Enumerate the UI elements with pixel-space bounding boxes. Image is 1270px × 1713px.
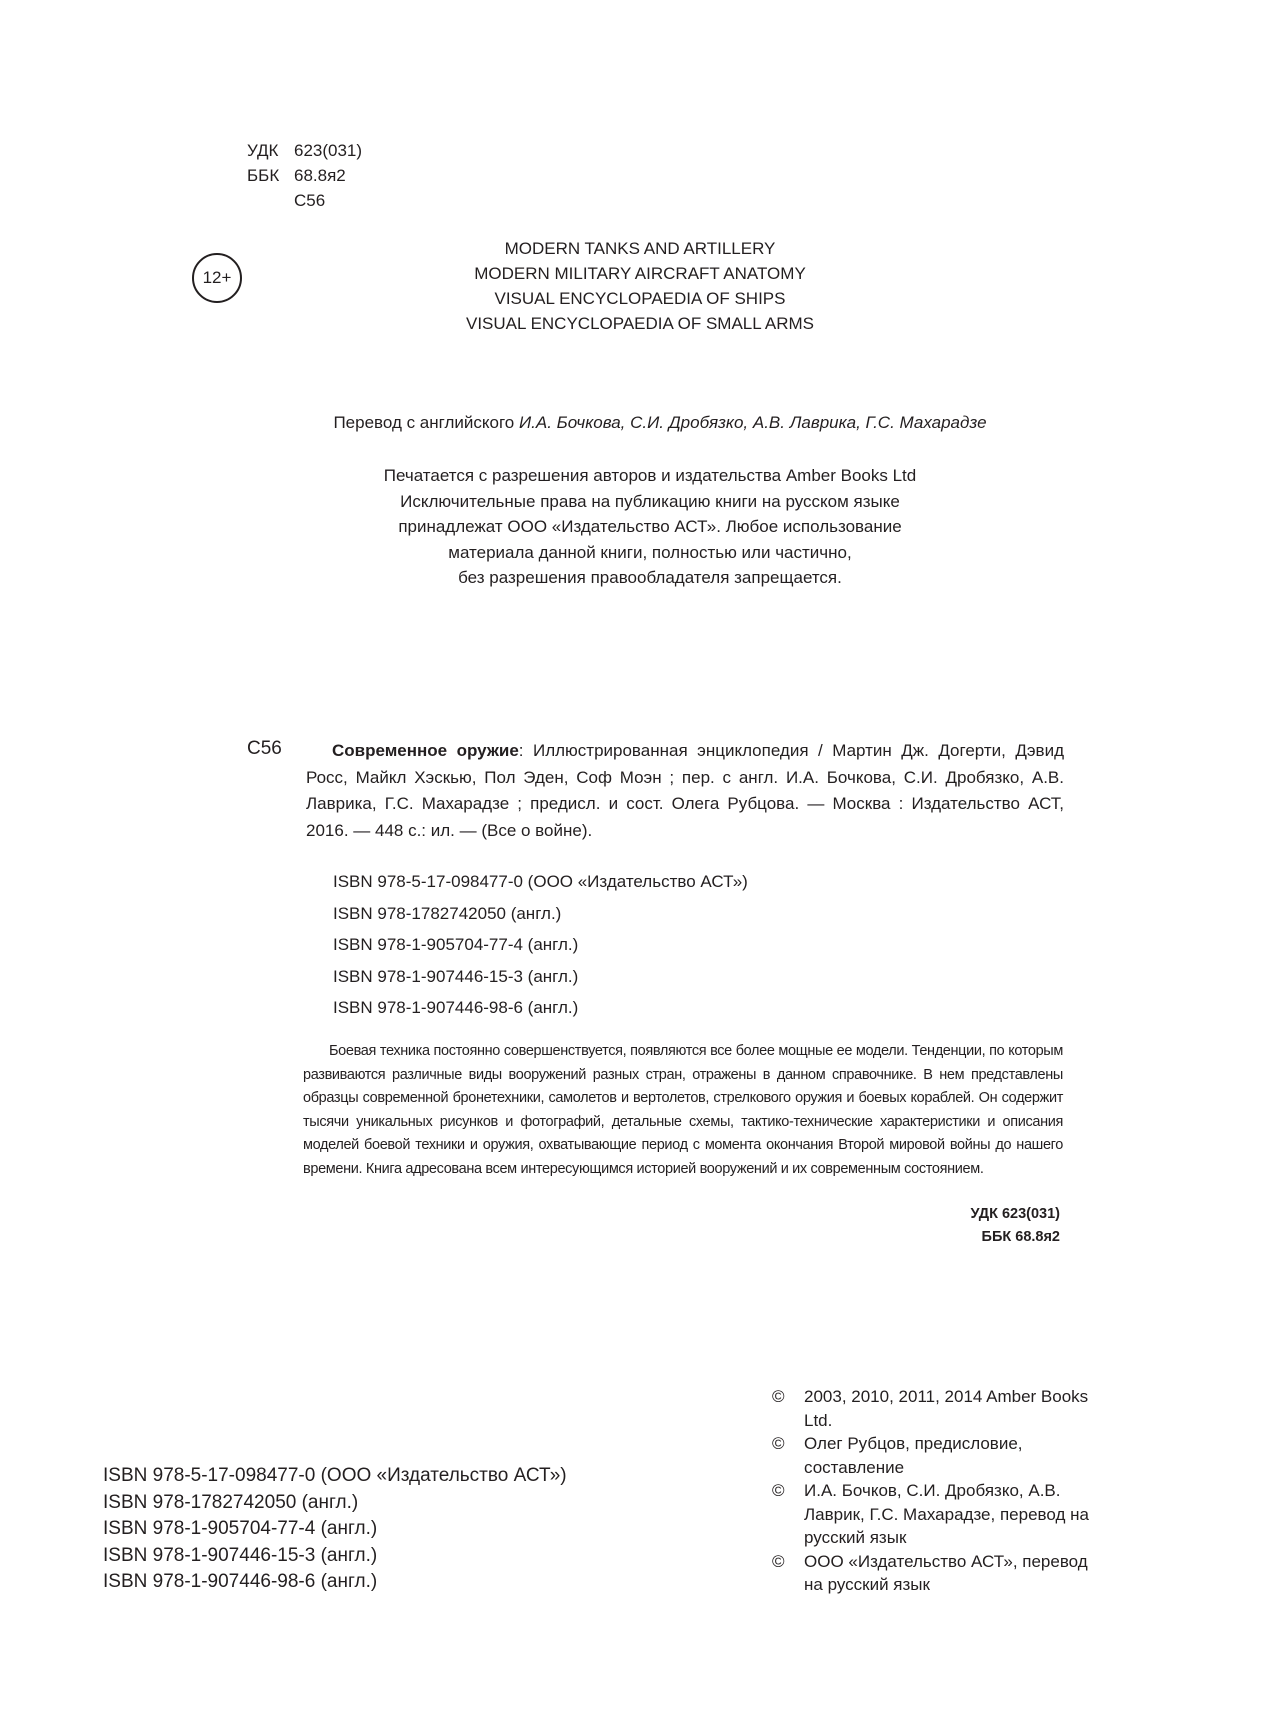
bbk-label: ББК — [247, 163, 294, 188]
author-sign: С56 — [294, 188, 325, 213]
original-title: VISUAL ENCYCLOPAEDIA OF SHIPS — [380, 286, 900, 311]
isbn-item: ISBN 978-1-907446-15-3 (англ.) — [103, 1543, 567, 1570]
rights-line: принадлежат ООО «Издательство АСТ». Любо… — [300, 514, 1000, 540]
isbn-item: ISBN 978-5-17-098477-0 (ООО «Издательств… — [103, 1463, 567, 1490]
rights-notice: Печатается с разрешения авторов и издате… — [300, 463, 1000, 591]
annotation-text: Боевая техника постоянно совершенствуетс… — [303, 1040, 1063, 1181]
isbn-item: ISBN 978-1-907446-98-6 (англ.) — [103, 1569, 567, 1596]
rights-line: Печатается с разрешения авторов и издате… — [300, 463, 1000, 489]
translation-prefix: Перевод с английского — [333, 413, 519, 432]
isbn-list-main: ISBN 978-5-17-098477-0 (ООО «Издательств… — [333, 866, 748, 1024]
copyright-icon: © — [772, 1385, 804, 1432]
author-sign-row: С56 — [247, 188, 362, 213]
copyright-icon: © — [772, 1432, 804, 1479]
isbn-list-footer: ISBN 978-5-17-098477-0 (ООО «Издательств… — [103, 1463, 567, 1596]
classification-block: УДК 623(031) ББК 68.8я2 С56 — [247, 138, 362, 213]
isbn-item: ISBN 978-1782742050 (англ.) — [333, 898, 748, 930]
isbn-item: ISBN 978-1-907446-98-6 (англ.) — [333, 992, 748, 1024]
book-title: Современное оружие — [332, 741, 519, 760]
age-rating-text: 12+ — [203, 268, 232, 288]
original-titles: MODERN TANKS AND ARTILLERY MODERN MILITA… — [380, 236, 900, 336]
rights-line: без разрешения правообладателя запрещает… — [300, 565, 1000, 591]
annotation-udk: УДК 623(031) — [900, 1203, 1060, 1226]
age-rating-badge: 12+ — [192, 253, 242, 303]
copyright-text: 2003, 2010, 2011, 2014 Amber Books Ltd. — [804, 1385, 1102, 1432]
copyright-block: © 2003, 2010, 2011, 2014 Amber Books Ltd… — [772, 1385, 1102, 1597]
udk-label: УДК — [247, 138, 294, 163]
bbk-value: 68.8я2 — [294, 163, 346, 188]
original-title: MODERN MILITARY AIRCRAFT ANATOMY — [380, 261, 900, 286]
rights-line: Исключительные права на публикацию книги… — [300, 489, 1000, 515]
udk-value: 623(031) — [294, 138, 362, 163]
isbn-item: ISBN 978-1782742050 (англ.) — [103, 1490, 567, 1517]
isbn-item: ISBN 978-1-905704-77-4 (англ.) — [333, 929, 748, 961]
copyright-icon: © — [772, 1550, 804, 1597]
bibliographic-record: Современное оружие: Иллюстрированная энц… — [306, 738, 1064, 844]
translators: И.А. Бочкова, С.И. Дробязко, А.В. Лаврик… — [519, 413, 987, 432]
udk-row: УДК 623(031) — [247, 138, 362, 163]
copyright-entry: © 2003, 2010, 2011, 2014 Amber Books Ltd… — [772, 1385, 1102, 1432]
isbn-item: ISBN 978-1-907446-15-3 (англ.) — [333, 961, 748, 993]
copyright-text: Олег Рубцов, предисловие, составление — [804, 1432, 1102, 1479]
copyright-entry: © ООО «Издательство АСТ», перевод на рус… — [772, 1550, 1102, 1597]
biblio-code: С56 — [247, 738, 282, 760]
rights-line: материала данной книги, полностью или ча… — [300, 540, 1000, 566]
annotation: Боевая техника постоянно совершенствуетс… — [303, 1040, 1063, 1181]
copyright-text: И.А. Бочков, С.И. Дробязко, А.В. Лаврик,… — [804, 1479, 1102, 1550]
copyright-icon: © — [772, 1479, 804, 1550]
translation-credits: Перевод с английского И.А. Бочкова, С.И.… — [200, 413, 1120, 433]
copyright-text: ООО «Издательство АСТ», перевод на русск… — [804, 1550, 1102, 1597]
copyright-entry: © И.А. Бочков, С.И. Дробязко, А.В. Лаври… — [772, 1479, 1102, 1550]
bbk-row: ББК 68.8я2 — [247, 163, 362, 188]
original-title: VISUAL ENCYCLOPAEDIA OF SMALL ARMS — [380, 311, 900, 336]
original-title: MODERN TANKS AND ARTILLERY — [380, 236, 900, 261]
annotation-bbk: ББК 68.8я2 — [900, 1226, 1060, 1249]
copyright-entry: © Олег Рубцов, предисловие, составление — [772, 1432, 1102, 1479]
annotation-codes: УДК 623(031) ББК 68.8я2 — [900, 1203, 1060, 1249]
isbn-item: ISBN 978-1-905704-77-4 (англ.) — [103, 1516, 567, 1543]
isbn-item: ISBN 978-5-17-098477-0 (ООО «Издательств… — [333, 866, 748, 898]
